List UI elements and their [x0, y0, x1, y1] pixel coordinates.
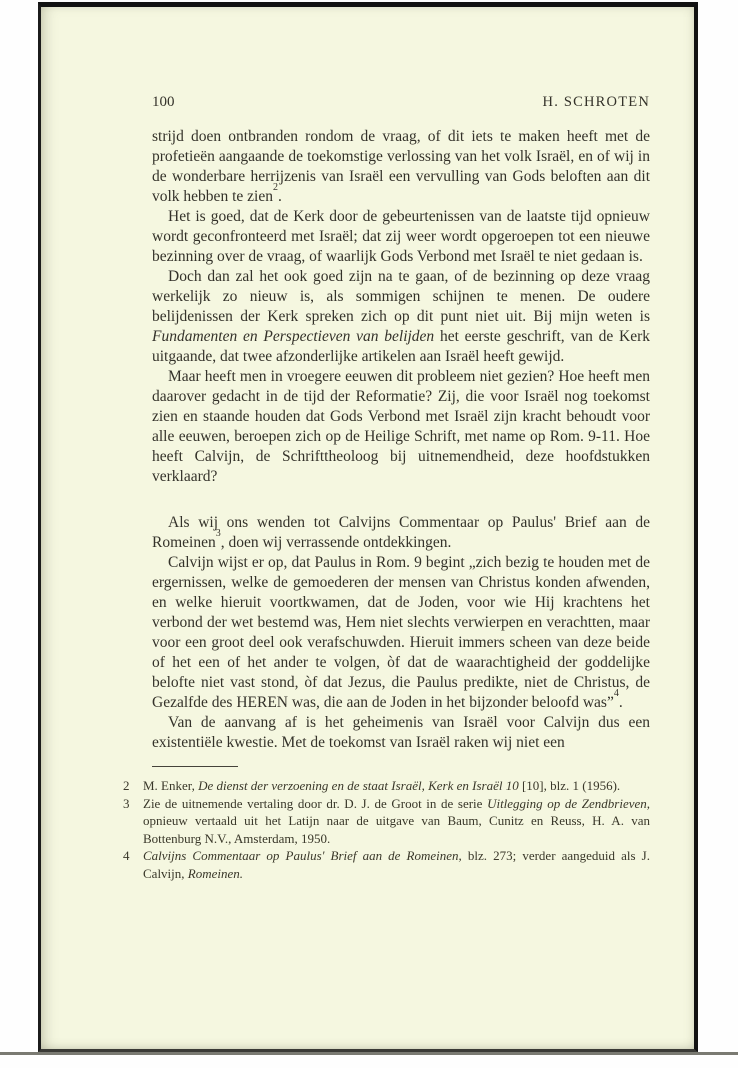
- paragraph: Als wij ons wenden tot Calvijns Commenta…: [152, 513, 650, 553]
- text-segment: Zie de uitnemende vertaling door dr. D. …: [143, 796, 487, 811]
- paragraph: Van de aanvang af is het geheimenis van …: [152, 713, 650, 753]
- page-header: 100 H. SCHROTEN: [41, 92, 694, 112]
- scanned-page: 100 H. SCHROTEN strijd doen ontbranden r…: [38, 2, 698, 1052]
- footnote-number: 2: [123, 777, 143, 795]
- paragraph: Maar heeft men in vroegere eeuwen dit pr…: [152, 367, 650, 487]
- text-segment: Fundamenten en Perspectieven van belijde…: [152, 328, 434, 345]
- text-segment: Uitlegging op de Zendbrieven,: [487, 796, 650, 811]
- scan-edge-bottom: [0, 1052, 738, 1055]
- body-text: strijd doen ontbranden rondom de vraag, …: [41, 127, 694, 753]
- paragraph: Het is goed, dat de Kerk door de gebeurt…: [152, 207, 650, 267]
- footnote: 3Zie de uitnemende vertaling door dr. D.…: [123, 795, 650, 848]
- screenshot-root: { "page": { "colors": { "paper": "#f5f7e…: [0, 0, 738, 1068]
- footnote-separator: [152, 766, 238, 767]
- text-segment: strijd doen ontbranden rondom de vraag, …: [152, 128, 650, 205]
- footnote-number: 3: [123, 795, 143, 848]
- running-head-author: H. SCHROTEN: [543, 92, 650, 112]
- text-segment: Calvijn wijst er op, dat Paulus in Rom. …: [152, 554, 650, 711]
- footnotes: 2M. Enker, De dienst der verzoening en d…: [41, 777, 694, 882]
- text-segment: Van de aanvang af is het geheimenis van …: [152, 714, 650, 751]
- page-number: 100: [152, 92, 175, 112]
- text-segment: M. Enker,: [143, 778, 198, 793]
- footnote-text: M. Enker, De dienst der verzoening en de…: [143, 777, 650, 795]
- paragraph: strijd doen ontbranden rondom de vraag, …: [152, 127, 650, 207]
- text-segment: [10], blz. 1 (1956).: [519, 778, 620, 793]
- footnote: 4Calvijns Commentaar op Paulus' Brief aa…: [123, 847, 650, 882]
- paragraph: Doch dan zal het ook goed zijn na te gaa…: [152, 267, 650, 367]
- footnote-reference: 3: [216, 528, 221, 539]
- footnote-text: Calvijns Commentaar op Paulus' Brief aan…: [143, 847, 650, 882]
- text-segment: opnieuw vertaald uit het Latijn naar de …: [143, 813, 650, 846]
- text-segment: Romeinen.: [188, 866, 243, 881]
- text-segment: Het is goed, dat de Kerk door de gebeurt…: [152, 208, 650, 265]
- footnote-number: 4: [123, 847, 143, 882]
- text-segment: , doen wij verrassende ontdekkingen.: [221, 534, 452, 551]
- footnote-reference: 4: [614, 688, 619, 699]
- text-segment: .: [619, 694, 623, 711]
- text-segment: Calvijns Commentaar op Paulus' Brief aan…: [143, 848, 462, 863]
- text-segment: Maar heeft men in vroegere eeuwen dit pr…: [152, 368, 650, 485]
- text-segment: .: [278, 188, 282, 205]
- footnote-text: Zie de uitnemende vertaling door dr. D. …: [143, 795, 650, 848]
- text-segment: De dienst der verzoening en de staat Isr…: [198, 778, 519, 793]
- text-segment: Doch dan zal het ook goed zijn na te gaa…: [152, 268, 650, 325]
- footnote: 2M. Enker, De dienst der verzoening en d…: [123, 777, 650, 795]
- footnote-reference: 2: [273, 182, 278, 193]
- paragraph: Calvijn wijst er op, dat Paulus in Rom. …: [152, 553, 650, 713]
